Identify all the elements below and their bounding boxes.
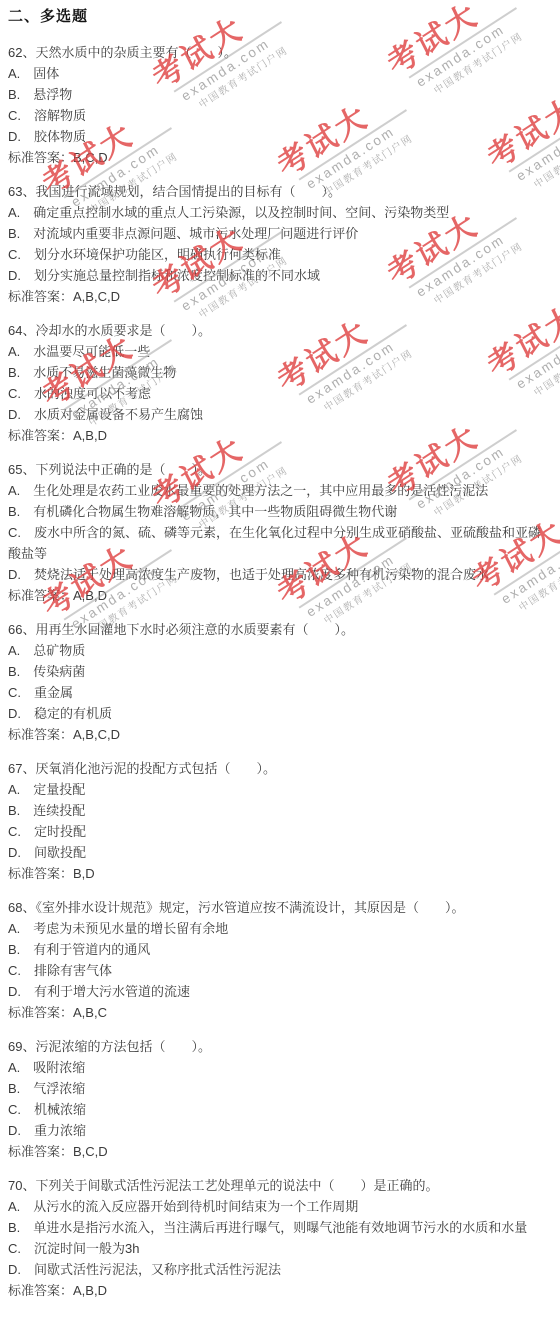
question-block: 66、用再生水回灌地下水时必须注意的水质要素有（ ）。 A. 总矿物质B. 传染… [8, 619, 552, 745]
option-line: C. 划分水环境保护功能区，明确执行何类标准 [8, 244, 552, 265]
answer-prefix-label: 标准答案： [8, 588, 73, 603]
question-text: 66、用再生水回灌地下水时必须注意的水质要素有（ ）。 [8, 619, 552, 640]
question-text: 63、我国进行流域规划，结合国情提出的目标有（ ）。 [8, 181, 552, 202]
answer-line: 标准答案：B,D [8, 863, 552, 884]
option-line: D. 胶体物质 [8, 126, 552, 147]
option-line: B. 有利于管道内的通风 [8, 939, 552, 960]
answer-line: 标准答案：A,B,C [8, 1002, 552, 1023]
answer-line: 标准答案：B,C,D [8, 147, 552, 168]
option-line: C. 废水中所含的氮、硫、磷等元素，在生化氧化过程中分别生成亚硝酸盐、亚硫酸盐和… [8, 522, 552, 564]
answer-value: A,B,C,D [73, 727, 120, 742]
answer-prefix-label: 标准答案： [8, 1283, 73, 1298]
option-group: A. 考虑为未预见水量的增长留有余地B. 有利于管道内的通风C. 排除有害气体D… [8, 918, 552, 1002]
option-line: D. 有利于增大污水管道的流速 [8, 981, 552, 1002]
answer-prefix-label: 标准答案： [8, 727, 73, 742]
option-line: B. 单进水是指污水流入，当注满后再进行曝气，则曝气池能有效地调节污水的水质和水… [8, 1217, 552, 1238]
question-block: 63、我国进行流域规划，结合国情提出的目标有（ ）。 A. 确定重点控制水域的重… [8, 181, 552, 307]
option-line: C. 沉淀时间一般为3h [8, 1238, 552, 1259]
option-line: B. 有机磷化合物属生物难溶解物质，其中一些物质阻碍微生物代谢 [8, 501, 552, 522]
option-line: B. 悬浮物 [8, 84, 552, 105]
option-line: A. 定量投配 [8, 779, 552, 800]
question-text: 62、天然水质中的杂质主要有（ ）。 [8, 42, 552, 63]
question-text: 69、污泥浓缩的方法包括（ ）。 [8, 1036, 552, 1057]
question-block: 64、冷却水的水质要求是（ ）。 A. 水温要尽可能低一些B. 水质不易滋生菌藻… [8, 320, 552, 446]
question-text: 65、下列说法中正确的是（ ）。 [8, 459, 552, 480]
answer-prefix-label: 标准答案： [8, 866, 73, 881]
option-line: B. 对流域内重要非点源问题、城市污水处理厂问题进行评价 [8, 223, 552, 244]
option-group: A. 生化处理是农药工业废水最重要的处理方法之一，其中应用最多的是活性污泥法B.… [8, 480, 552, 585]
question-text: 70、下列关于间歇式活性污泥法工艺处理单元的说法中（ ）是正确的。 [8, 1175, 552, 1196]
option-group: A. 吸附浓缩B. 气浮浓缩C. 机械浓缩D. 重力浓缩 [8, 1057, 552, 1141]
option-line: C. 机械浓缩 [8, 1099, 552, 1120]
option-group: A. 从污水的流入反应器开始到待机时间结束为一个工作周期B. 单进水是指污水流入… [8, 1196, 552, 1280]
option-line: C. 定时投配 [8, 821, 552, 842]
answer-value: A,B,C,D [73, 289, 120, 304]
option-group: A. 总矿物质B. 传染病菌C. 重金属D. 稳定的有机质 [8, 640, 552, 724]
option-line: B. 连续投配 [8, 800, 552, 821]
question-block: 70、下列关于间歇式活性污泥法工艺处理单元的说法中（ ）是正确的。 A. 从污水… [8, 1175, 552, 1301]
answer-line: 标准答案：A,B,D [8, 585, 552, 606]
option-line: A. 生化处理是农药工业废水最重要的处理方法之一，其中应用最多的是活性污泥法 [8, 480, 552, 501]
question-block: 62、天然水质中的杂质主要有（ ）。 A. 固体B. 悬浮物C. 溶解物质D. … [8, 42, 552, 168]
answer-prefix-label: 标准答案： [8, 150, 73, 165]
question-block: 69、污泥浓缩的方法包括（ ）。 A. 吸附浓缩B. 气浮浓缩C. 机械浓缩D.… [8, 1036, 552, 1162]
answer-line: 标准答案：A,B,C,D [8, 724, 552, 745]
question-text: 68、《室外排水设计规范》规定，污水管道应按不满流设计，其原因是（ ）。 [8, 897, 552, 918]
option-line: A. 固体 [8, 63, 552, 84]
answer-value: A,B,C [73, 1005, 107, 1020]
option-line: D. 重力浓缩 [8, 1120, 552, 1141]
option-line: A. 总矿物质 [8, 640, 552, 661]
option-line: C. 排除有害气体 [8, 960, 552, 981]
exam-document: 二、多选题 62、天然水质中的杂质主要有（ ）。 A. 固体B. 悬浮物C. 溶… [0, 0, 560, 1301]
option-group: A. 固体B. 悬浮物C. 溶解物质D. 胶体物质 [8, 63, 552, 147]
answer-value: B,D [73, 866, 95, 881]
answer-value: A,B,D [73, 428, 107, 443]
question-block: 65、下列说法中正确的是（ ）。 A. 生化处理是农药工业废水最重要的处理方法之… [8, 459, 552, 606]
option-line: C. 溶解物质 [8, 105, 552, 126]
question-block: 68、《室外排水设计规范》规定，污水管道应按不满流设计，其原因是（ ）。 A. … [8, 897, 552, 1023]
question-list: 62、天然水质中的杂质主要有（ ）。 A. 固体B. 悬浮物C. 溶解物质D. … [8, 42, 552, 1301]
answer-prefix-label: 标准答案： [8, 428, 73, 443]
option-line: A. 从污水的流入反应器开始到待机时间结束为一个工作周期 [8, 1196, 552, 1217]
option-line: D. 焚烧法适于处理高浓度生产废物，也适于处理高浓度多种有机污染物的混合废水 [8, 564, 552, 585]
answer-line: 标准答案：B,C,D [8, 1141, 552, 1162]
option-line: D. 水质对金属设备不易产生腐蚀 [8, 404, 552, 425]
option-line: A. 吸附浓缩 [8, 1057, 552, 1078]
option-line: C. 重金属 [8, 682, 552, 703]
answer-prefix-label: 标准答案： [8, 1005, 73, 1020]
option-line: A. 考虑为未预见水量的增长留有余地 [8, 918, 552, 939]
option-line: D. 划分实施总量控制指标和浓度控制标准的不同水域 [8, 265, 552, 286]
section-heading: 二、多选题 [8, 5, 552, 26]
question-block: 67、厌氧消化池污泥的投配方式包括（ ）。 A. 定量投配B. 连续投配C. 定… [8, 758, 552, 884]
answer-value: A,B,D [73, 1283, 107, 1298]
option-line: B. 水质不易滋生菌藻微生物 [8, 362, 552, 383]
answer-value: A,B,D [73, 588, 107, 603]
answer-prefix-label: 标准答案： [8, 1144, 73, 1159]
answer-prefix-label: 标准答案： [8, 289, 73, 304]
option-line: B. 传染病菌 [8, 661, 552, 682]
option-line: B. 气浮浓缩 [8, 1078, 552, 1099]
option-group: A. 水温要尽可能低一些B. 水质不易滋生菌藻微生物C. 水的浊度可以不考虑D.… [8, 341, 552, 425]
question-text: 64、冷却水的水质要求是（ ）。 [8, 320, 552, 341]
option-line: D. 间歇式活性污泥法，又称序批式活性污泥法 [8, 1259, 552, 1280]
answer-line: 标准答案：A,B,D [8, 425, 552, 446]
answer-line: 标准答案：A,B,D [8, 1280, 552, 1301]
option-group: A. 定量投配B. 连续投配C. 定时投配D. 间歇投配 [8, 779, 552, 863]
question-text: 67、厌氧消化池污泥的投配方式包括（ ）。 [8, 758, 552, 779]
option-group: A. 确定重点控制水域的重点人工污染源，以及控制时间、空间、污染物类型B. 对流… [8, 202, 552, 286]
answer-value: B,C,D [73, 1144, 108, 1159]
answer-value: B,C,D [73, 150, 108, 165]
answer-line: 标准答案：A,B,C,D [8, 286, 552, 307]
option-line: A. 确定重点控制水域的重点人工污染源，以及控制时间、空间、污染物类型 [8, 202, 552, 223]
option-line: D. 稳定的有机质 [8, 703, 552, 724]
option-line: D. 间歇投配 [8, 842, 552, 863]
option-line: C. 水的浊度可以不考虑 [8, 383, 552, 404]
option-line: A. 水温要尽可能低一些 [8, 341, 552, 362]
